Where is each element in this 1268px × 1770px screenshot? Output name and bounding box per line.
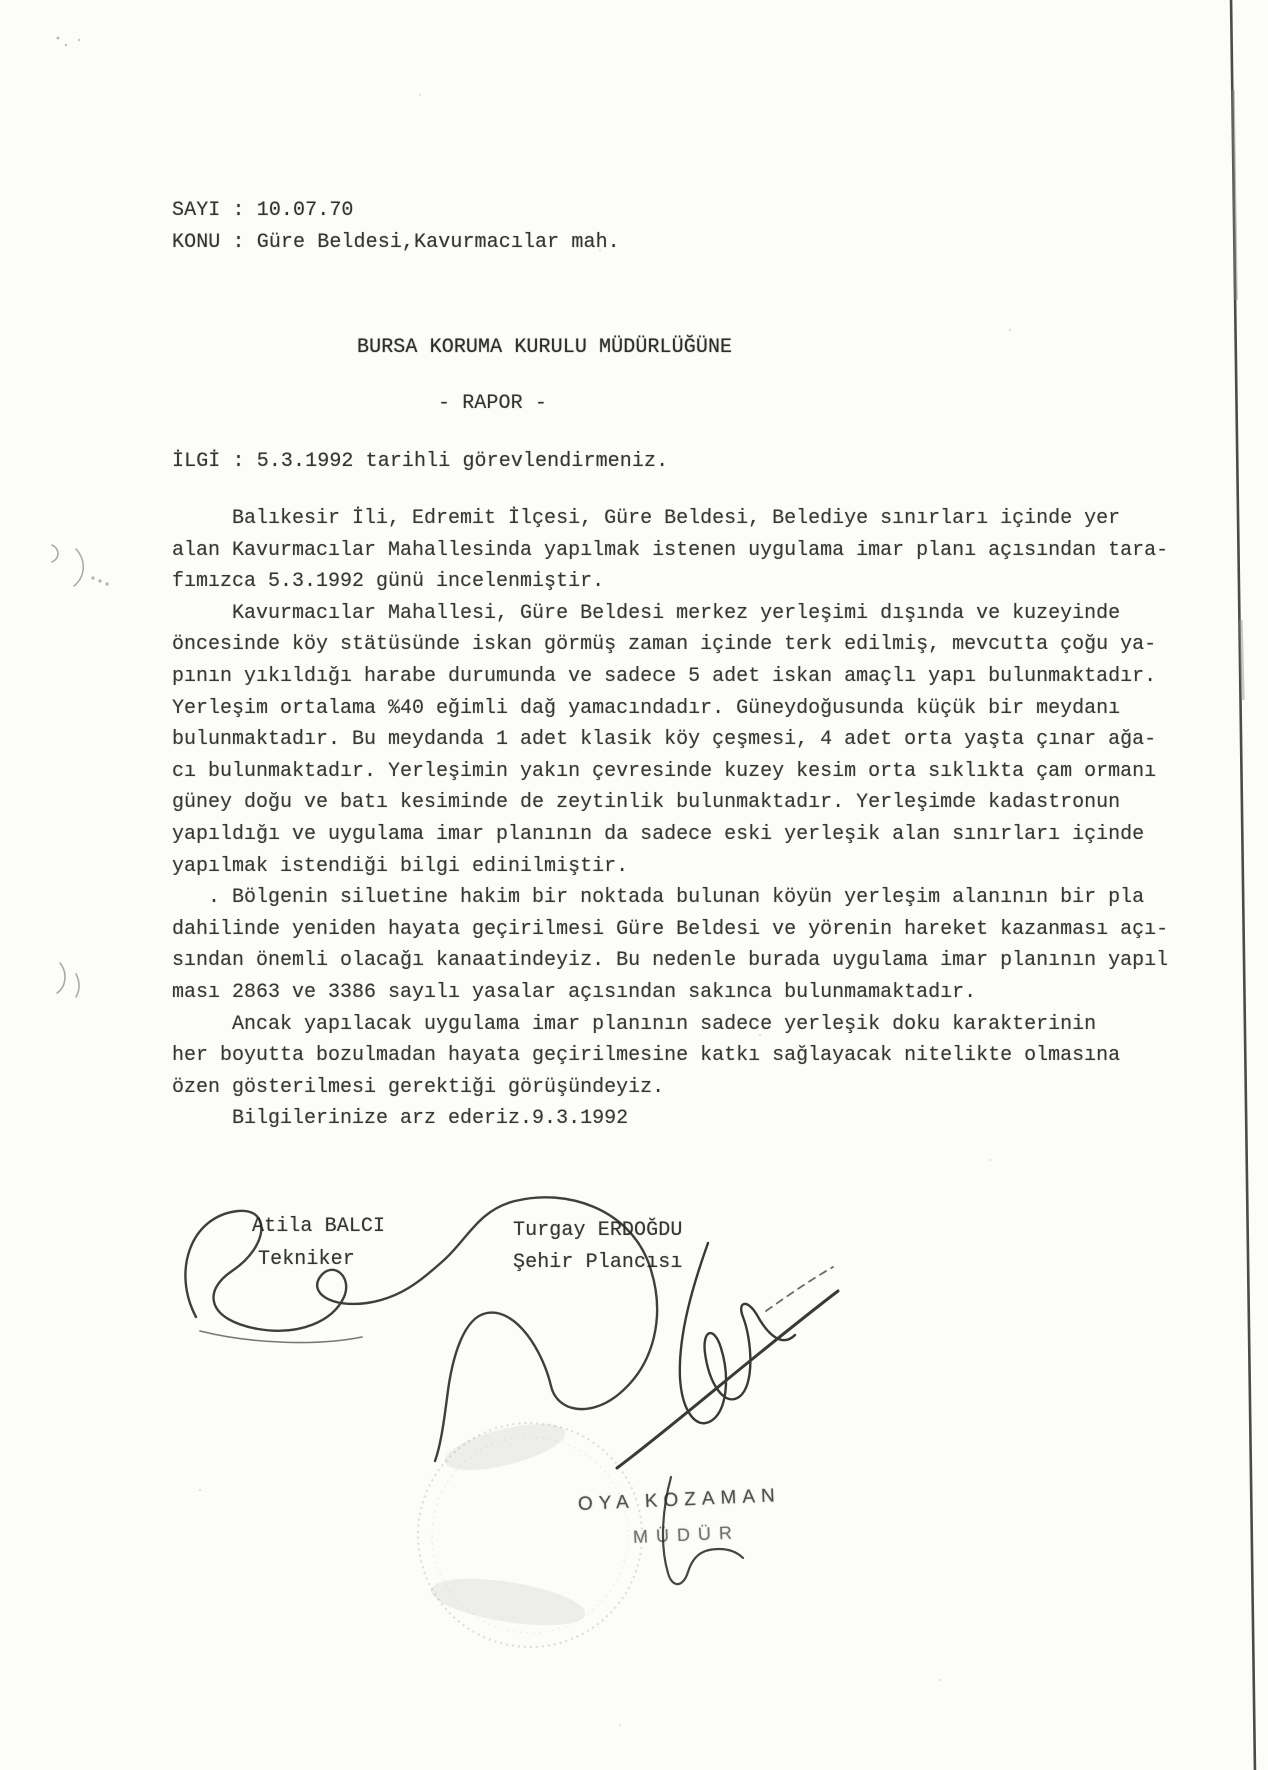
body-line: Kavurmacılar Mahallesi, Güre Beldesi mer…	[172, 598, 1202, 630]
margin-pencil-dots	[91, 576, 108, 585]
signatory-title-right: Şehir Plancısı	[513, 1250, 682, 1276]
body-line: özen gösterilmesi gerektiği görüşündeyiz…	[172, 1072, 1202, 1104]
body-line: dahilinde yeniden hayata geçirilmesi Gür…	[172, 914, 1202, 946]
body-line: yapıldığı ve uygulama imar planının da s…	[172, 819, 1202, 851]
round-stamp-icon	[418, 1415, 642, 1647]
body-line: öncesinde köy stätüsünde iskan görmüş za…	[172, 629, 1202, 661]
signatory-name-right: Turgay ERDOĞDU	[513, 1218, 682, 1244]
body-line: alan Kavurmacılar Mahallesinda yapılmak …	[172, 535, 1202, 567]
document-subtitle: - RAPOR -	[438, 391, 547, 417]
reference-line: İLGİ : 5.3.1992 tarihli görevlendirmeniz…	[172, 449, 668, 475]
margin-pencil-marks	[52, 545, 83, 997]
sayi-line: SAYI : 10.07.70	[172, 198, 354, 224]
signature-turgay-erdogdu	[617, 1243, 838, 1468]
konu-line: KONU : Güre Beldesi,Kavurmacılar mah.	[172, 230, 620, 256]
document-title: BURSA KORUMA KURULU MÜDÜRLÜĞÜNE	[357, 335, 732, 361]
body-line: cı bulunmaktadır. Yerleşimin yakın çevre…	[172, 756, 1202, 788]
body-line: Balıkesir İli, Edremit İlçesi, Güre Beld…	[172, 503, 1202, 535]
stamp-title: MÜDÜR	[633, 1522, 741, 1548]
scanned-letter-page: SAYI : 10.07.70 KONU : Güre Beldesi,Kavu…	[0, 0, 1268, 1770]
body-line: yapılmak istendiği bilgi edinilmiştir.	[172, 851, 1202, 883]
body-line: fımızca 5.3.1992 günü incelenmiştir.	[172, 566, 1202, 598]
letter-body: Balıkesir İli, Edremit İlçesi, Güre Beld…	[172, 503, 1202, 1135]
body-line: güney doğu ve batı kesiminde de zeytinli…	[172, 787, 1202, 819]
scan-edge-line	[1231, 0, 1255, 1770]
body-line: sından önemli olacağı kanaatindeyiz. Bu …	[172, 945, 1202, 977]
body-line: Yerleşim ortalama %40 eğimli dağ yamacın…	[172, 693, 1202, 725]
body-line: her boyutta bozulmadan hayata geçirilmes…	[172, 1040, 1202, 1072]
body-line: ması 2863 ve 3386 sayılı yasalar açısınd…	[172, 977, 1202, 1009]
body-line: bulunmaktadır. Bu meydanda 1 adet klasik…	[172, 724, 1202, 756]
body-line: Ancak yapılacak uygulama imar planının s…	[172, 1009, 1202, 1041]
body-line: pının yıkıldığı harabe durumunda ve sade…	[172, 661, 1202, 693]
stamp-name: OYA KOZAMAN	[578, 1485, 782, 1516]
signatory-title-left: Tekniker	[258, 1247, 355, 1273]
body-line: . Bölgenin siluetine hakim bir noktada b…	[172, 882, 1202, 914]
body-line: Bilgilerinize arz ederiz.9.3.1992	[172, 1103, 1202, 1135]
signatory-name-left: Atila BALCI	[252, 1214, 385, 1240]
